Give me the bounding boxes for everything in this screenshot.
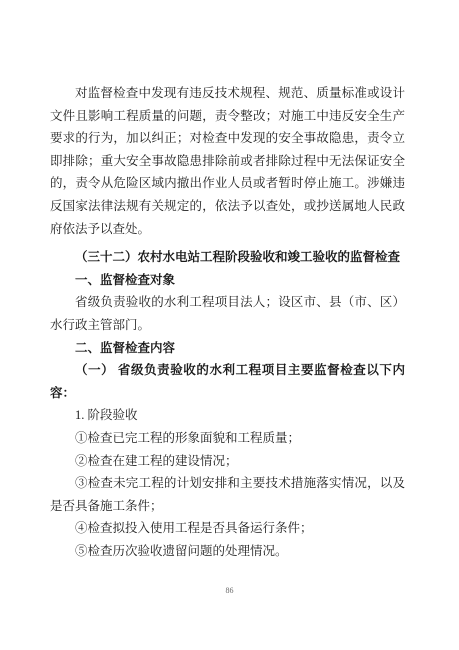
document-page: 对监督检查中发现有违反技术规程、规范、质量标准或设计文件且影响工程质量的问题，责… (0, 0, 459, 650)
document-body: 对监督检查中发现有违反技术规程、规范、质量标准或设计文件且影响工程质量的问题，责… (50, 82, 405, 562)
page-number: 86 (0, 586, 459, 596)
subheading-supervision-content: 二、监督检查内容 (50, 337, 405, 360)
list-item-2: ②检查在建工程的建设情况； (50, 450, 405, 473)
list-item-5: ⑤检查历次验收遗留问题的处理情况。 (50, 540, 405, 563)
list-item-3: ③检查未完工程的计划安排和主要技术措施落实情况，以及是否具备施工条件； (50, 472, 405, 517)
subheading-supervision-target: 一、监督检查对象 (50, 269, 405, 292)
paragraph-inspection-findings: 对监督检查中发现有违反技术规程、规范、质量标准或设计文件且影响工程质量的问题，责… (50, 82, 405, 240)
list-item-4: ④检查拟投入使用工程是否具备运行条件； (50, 517, 405, 540)
paragraph-stage-acceptance-title: 1. 阶段验收 (50, 404, 405, 427)
list-item-1: ①检查已完工程的形象面貌和工程质量； (50, 427, 405, 450)
section-heading-32: （三十二）农村水电站工程阶段验收和竣工验收的监督检查 (50, 246, 405, 269)
paragraph-supervision-target: 省级负责验收的水利工程项目法人；设区市、县（市、区）水行政主管部门。 (50, 291, 405, 336)
subheading-item-1: （一） 省级负责验收的水利工程项目主要监督检查以下内容： (50, 359, 405, 404)
